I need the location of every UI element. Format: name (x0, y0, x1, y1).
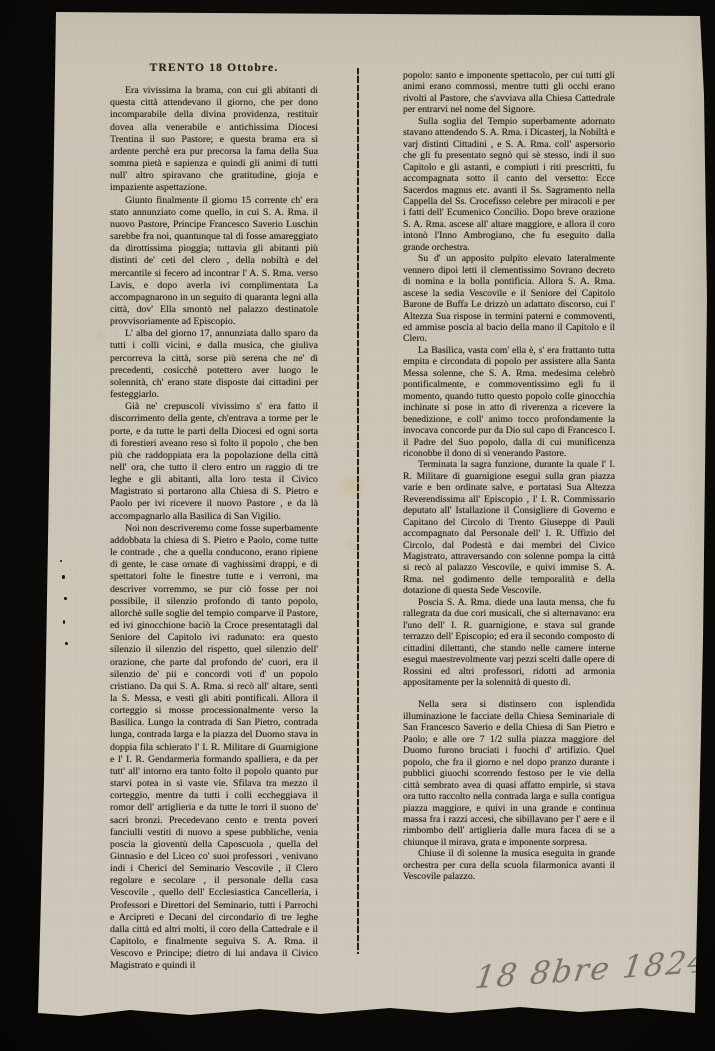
ink-speck (65, 642, 68, 645)
paragraph: Su d' un apposito pulpito elevato latera… (403, 253, 615, 345)
column-divider-rule (357, 68, 359, 954)
paragraph: popolo: santo e imponente spettacolo, pe… (403, 70, 615, 116)
ink-speck (63, 620, 65, 624)
paragraph: Giunto finalmente il giorno 15 corrente … (110, 195, 318, 329)
handwritten-date: 18 8bre 1824 (473, 944, 708, 996)
paragraph: Chiuse il dì solenne la musica eseguita … (403, 848, 615, 882)
dateline: TRENTO 18 Ottobre. (110, 62, 318, 74)
newspaper-page: TRENTO 18 Ottobre. Era vivissima la bram… (0, 0, 715, 1051)
paragraph: Poscia S. A. Rma. diede una lauta mensa,… (403, 597, 615, 689)
paragraph: L' alba del giorno 17, annunziata dallo … (110, 328, 318, 401)
right-column: popolo: santo e imponente spettacolo, pe… (403, 70, 615, 883)
paragraph: Sulla soglia del Tempio superbamente ado… (403, 116, 615, 253)
paragraph: Già ne' crepuscoli vivissimo s' era fatt… (110, 401, 318, 523)
ink-speck (64, 597, 67, 600)
ink-speck (62, 575, 65, 579)
ink-speck (60, 560, 62, 562)
paragraph: Noi non descriveremo come fosse superbam… (110, 523, 318, 973)
paragraph: La Basilica, vasta com' ella è, s' era f… (403, 345, 615, 460)
photograph-background: TRENTO 18 Ottobre. Era vivissima la bram… (0, 0, 715, 1051)
paragraph: Terminata la sagra funzione, durante la … (403, 459, 615, 596)
left-column: TRENTO 18 Ottobre. Era vivissima la bram… (110, 62, 318, 973)
paragraph: Nella sera si distinsero con isplendida … (403, 699, 615, 848)
paragraph: Era vivissima la brama, con cui gli abit… (110, 85, 318, 194)
